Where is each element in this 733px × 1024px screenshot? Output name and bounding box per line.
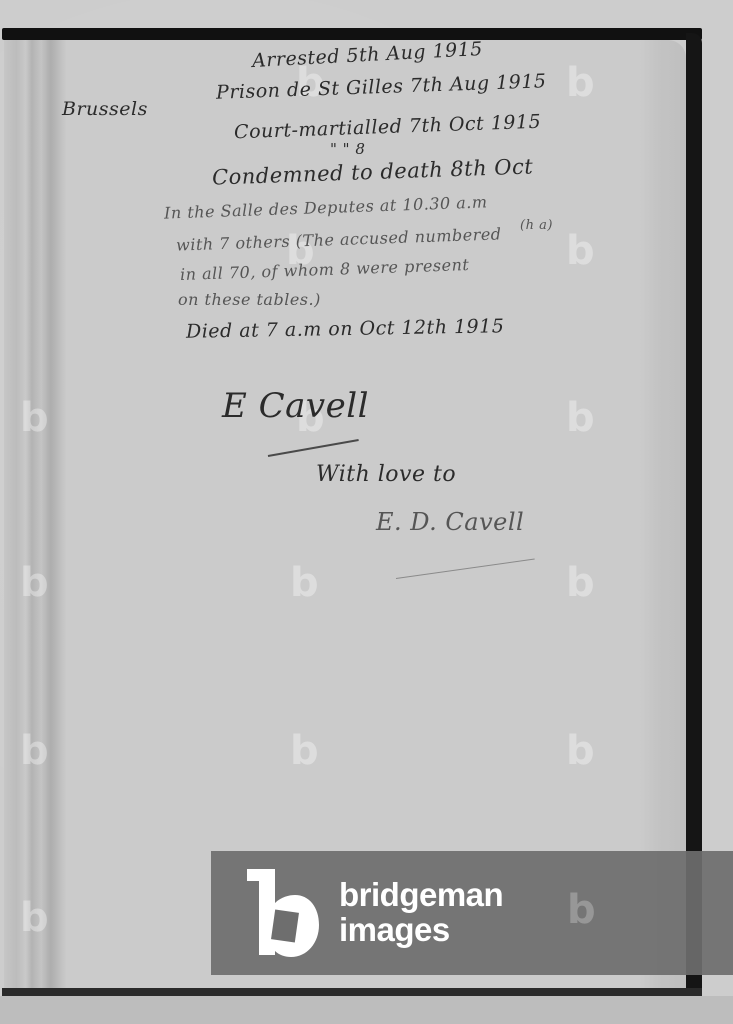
table-surface xyxy=(0,996,733,1024)
book-cover-bottom-edge xyxy=(2,988,702,996)
inscription-annotation: (h a) xyxy=(520,218,553,233)
watermark-b-icon: b xyxy=(20,560,49,606)
photograph: b b b b b b b b b b b b b b Brussels Arr… xyxy=(0,0,733,1024)
page-edge-shadow xyxy=(640,40,686,988)
bridgeman-watermark-banner: bridgeman images b xyxy=(211,851,733,975)
watermark-b-icon: b xyxy=(20,395,49,441)
watermark-b-icon: b xyxy=(566,228,595,274)
watermark-b-icon: b xyxy=(290,560,319,606)
margin-note-brussels: Brussels xyxy=(62,98,148,120)
watermark-b-icon: b xyxy=(566,728,595,774)
watermark-b-icon: b xyxy=(566,560,595,606)
book-spine-gutter xyxy=(4,40,66,988)
watermark-b-icon: b xyxy=(20,895,49,941)
signature-e-cavell: E Cavell xyxy=(222,386,369,426)
brand-line-bridgeman: bridgeman xyxy=(339,877,503,912)
inscription-line-tables: on these tables.) xyxy=(178,290,321,309)
dedication-signature: E. D. Cavell xyxy=(376,508,524,536)
watermark-b-icon: b xyxy=(567,887,596,933)
bridgeman-brand-text: bridgeman images xyxy=(339,877,503,947)
book-cover-top-edge xyxy=(2,28,702,40)
book-cover-right-edge xyxy=(686,33,702,991)
watermark-b-icon: b xyxy=(290,728,319,774)
inscription-ditto-marks: " " 8 xyxy=(330,140,365,158)
watermark-b-icon: b xyxy=(20,728,49,774)
brand-line-images: images xyxy=(339,912,503,947)
bridgeman-b-logo-icon xyxy=(247,869,319,957)
watermark-b-icon: b xyxy=(566,395,595,441)
dedication-with-love: With love to xyxy=(316,462,456,487)
watermark-b-icon: b xyxy=(566,60,595,106)
